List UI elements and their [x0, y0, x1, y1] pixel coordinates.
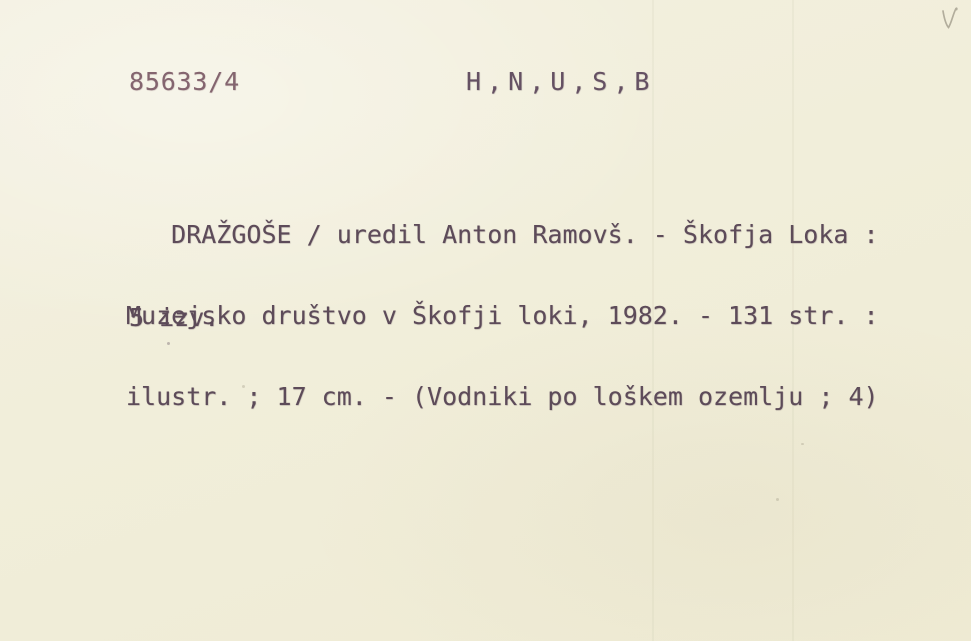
catalog-card: 85633/4 H,N,U,S,B DRAŽGOŠE / uredil Anto… — [0, 0, 971, 641]
pencil-checkmark-icon — [933, 5, 961, 39]
description-line: ilustr. ; 17 cm. - (Vodniki po loškem oz… — [126, 383, 879, 410]
paper-crease — [792, 0, 794, 641]
paper-speck — [801, 443, 804, 445]
description-line: Muzejsko društvo v Škofji loki, 1982. - … — [126, 302, 879, 329]
accession-number: 85633/4 — [129, 68, 240, 95]
classification-codes: H,N,U,S,B — [466, 68, 655, 95]
copies-note: 5 izv. — [129, 304, 219, 331]
stray-ink-dot — [167, 342, 170, 345]
paper-crease — [652, 0, 654, 641]
description-line: DRAŽGOŠE / uredil Anton Ramovš. - Škofja… — [126, 221, 879, 248]
bibliographic-description: DRAŽGOŠE / uredil Anton Ramovš. - Škofja… — [126, 167, 879, 464]
paper-speck — [776, 498, 779, 501]
paper-speck — [242, 385, 245, 388]
